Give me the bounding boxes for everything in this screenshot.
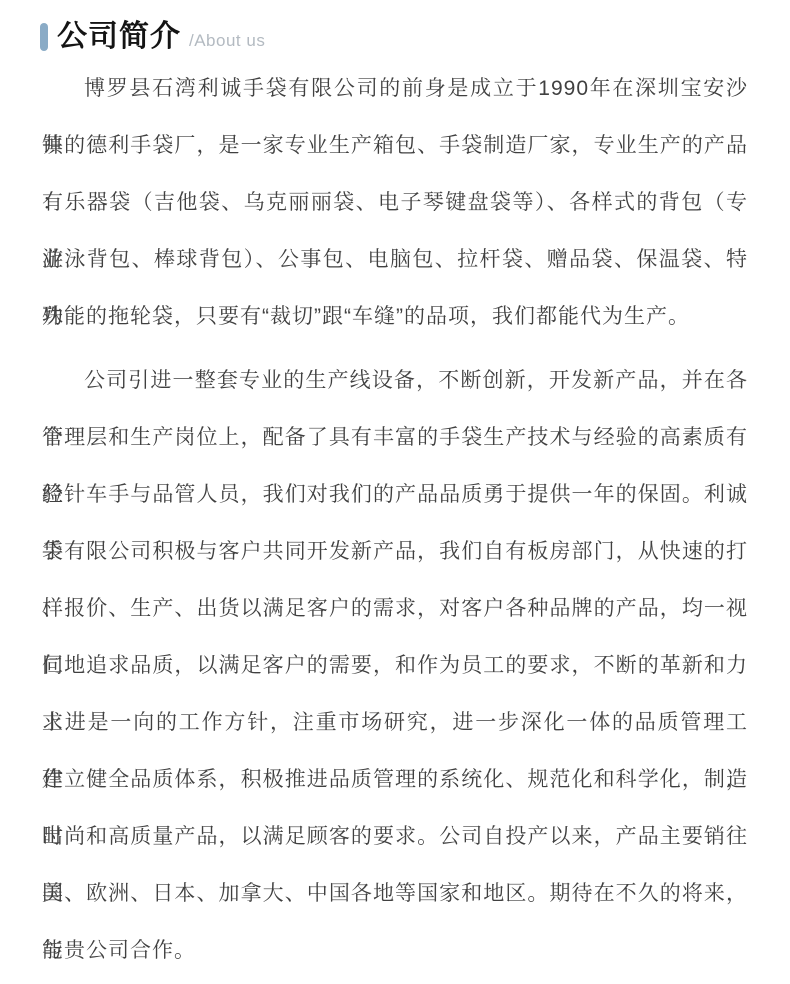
text-line: 袋有限公司积极与客户共同开发新产品，我们自有板房部门，从快速的打样 bbox=[42, 523, 748, 580]
text-line: 功能的拖轮袋，只要有“裁切”跟“车缝”的品项，我们都能代为生产。 bbox=[42, 288, 748, 345]
text-line: 上进是一向的工作方针，注重市场研究，进一步深化一体的品质管理工作， bbox=[42, 694, 748, 751]
paragraph: 博罗县石湾利诚手袋有限公司的前身是成立于1990年在深圳宝安沙井 镇的德利手袋厂… bbox=[42, 60, 748, 345]
text-line: 仁地追求品质，以满足客户的需要，和作为员工的要求，不断的革新和力求 bbox=[42, 637, 748, 694]
text-line: ：乐器袋（吉他袋、乌克丽丽袋、电子琴键盘袋等）、各样式的背包（专业 bbox=[42, 174, 748, 231]
section-header: 公司简介 /About us bbox=[0, 0, 790, 60]
text-line: 建立健全品质体系，积极推进品质管理的系统化、规范化和科学化，制造出 bbox=[42, 751, 748, 808]
text-line: 与贵公司合作。 bbox=[42, 922, 748, 979]
text-line: 时尚和高质量产品，以满足顾客的要求。公司自投产以来，产品主要销往美 bbox=[42, 808, 748, 865]
accent-bar-icon bbox=[40, 23, 48, 51]
text-line: 公司引进一整套专业的生产线设备，不断创新，开发新产品，并在各个 bbox=[42, 352, 748, 409]
text-line: 博罗县石湾利诚手袋有限公司的前身是成立于1990年在深圳宝安沙井 bbox=[42, 60, 748, 117]
article-body: 博罗县石湾利诚手袋有限公司的前身是成立于1990年在深圳宝安沙井 镇的德利手袋厂… bbox=[0, 60, 790, 979]
paragraph: 公司引进一整套专业的生产线设备，不断创新，开发新产品，并在各个 管理层和生产岗位… bbox=[42, 352, 748, 979]
text-line: 管理层和生产岗位上，配备了具有丰富的手袋生产技术与经验的高素质有经 bbox=[42, 409, 748, 466]
company-intro-page: 公司简介 /About us 博罗县石湾利诚手袋有限公司的前身是成立于1990年… bbox=[0, 0, 790, 984]
text-line: 游泳背包、棒球背包）、公事包、电脑包、拉杆袋、赠品袋、保温袋、特殊 bbox=[42, 231, 748, 288]
text-line: 、报价、生产、出货以满足客户的需求，对客户各种品牌的产品，均一视同 bbox=[42, 580, 748, 637]
page-title: 公司简介 bbox=[57, 20, 181, 54]
text-line: 验针车手与品管人员，我们对我们的产品品质勇于提供一年的保固。利诚手 bbox=[42, 466, 748, 523]
page-subtitle: /About us bbox=[189, 31, 265, 51]
text-line: 国、欧洲、日本、加拿大、中国各地等国家和地区。期待在不久的将来，能 bbox=[42, 865, 748, 922]
text-line: 镇的德利手袋厂，是一家专业生产箱包、手袋制造厂家，专业生产的产品有 bbox=[42, 117, 748, 174]
